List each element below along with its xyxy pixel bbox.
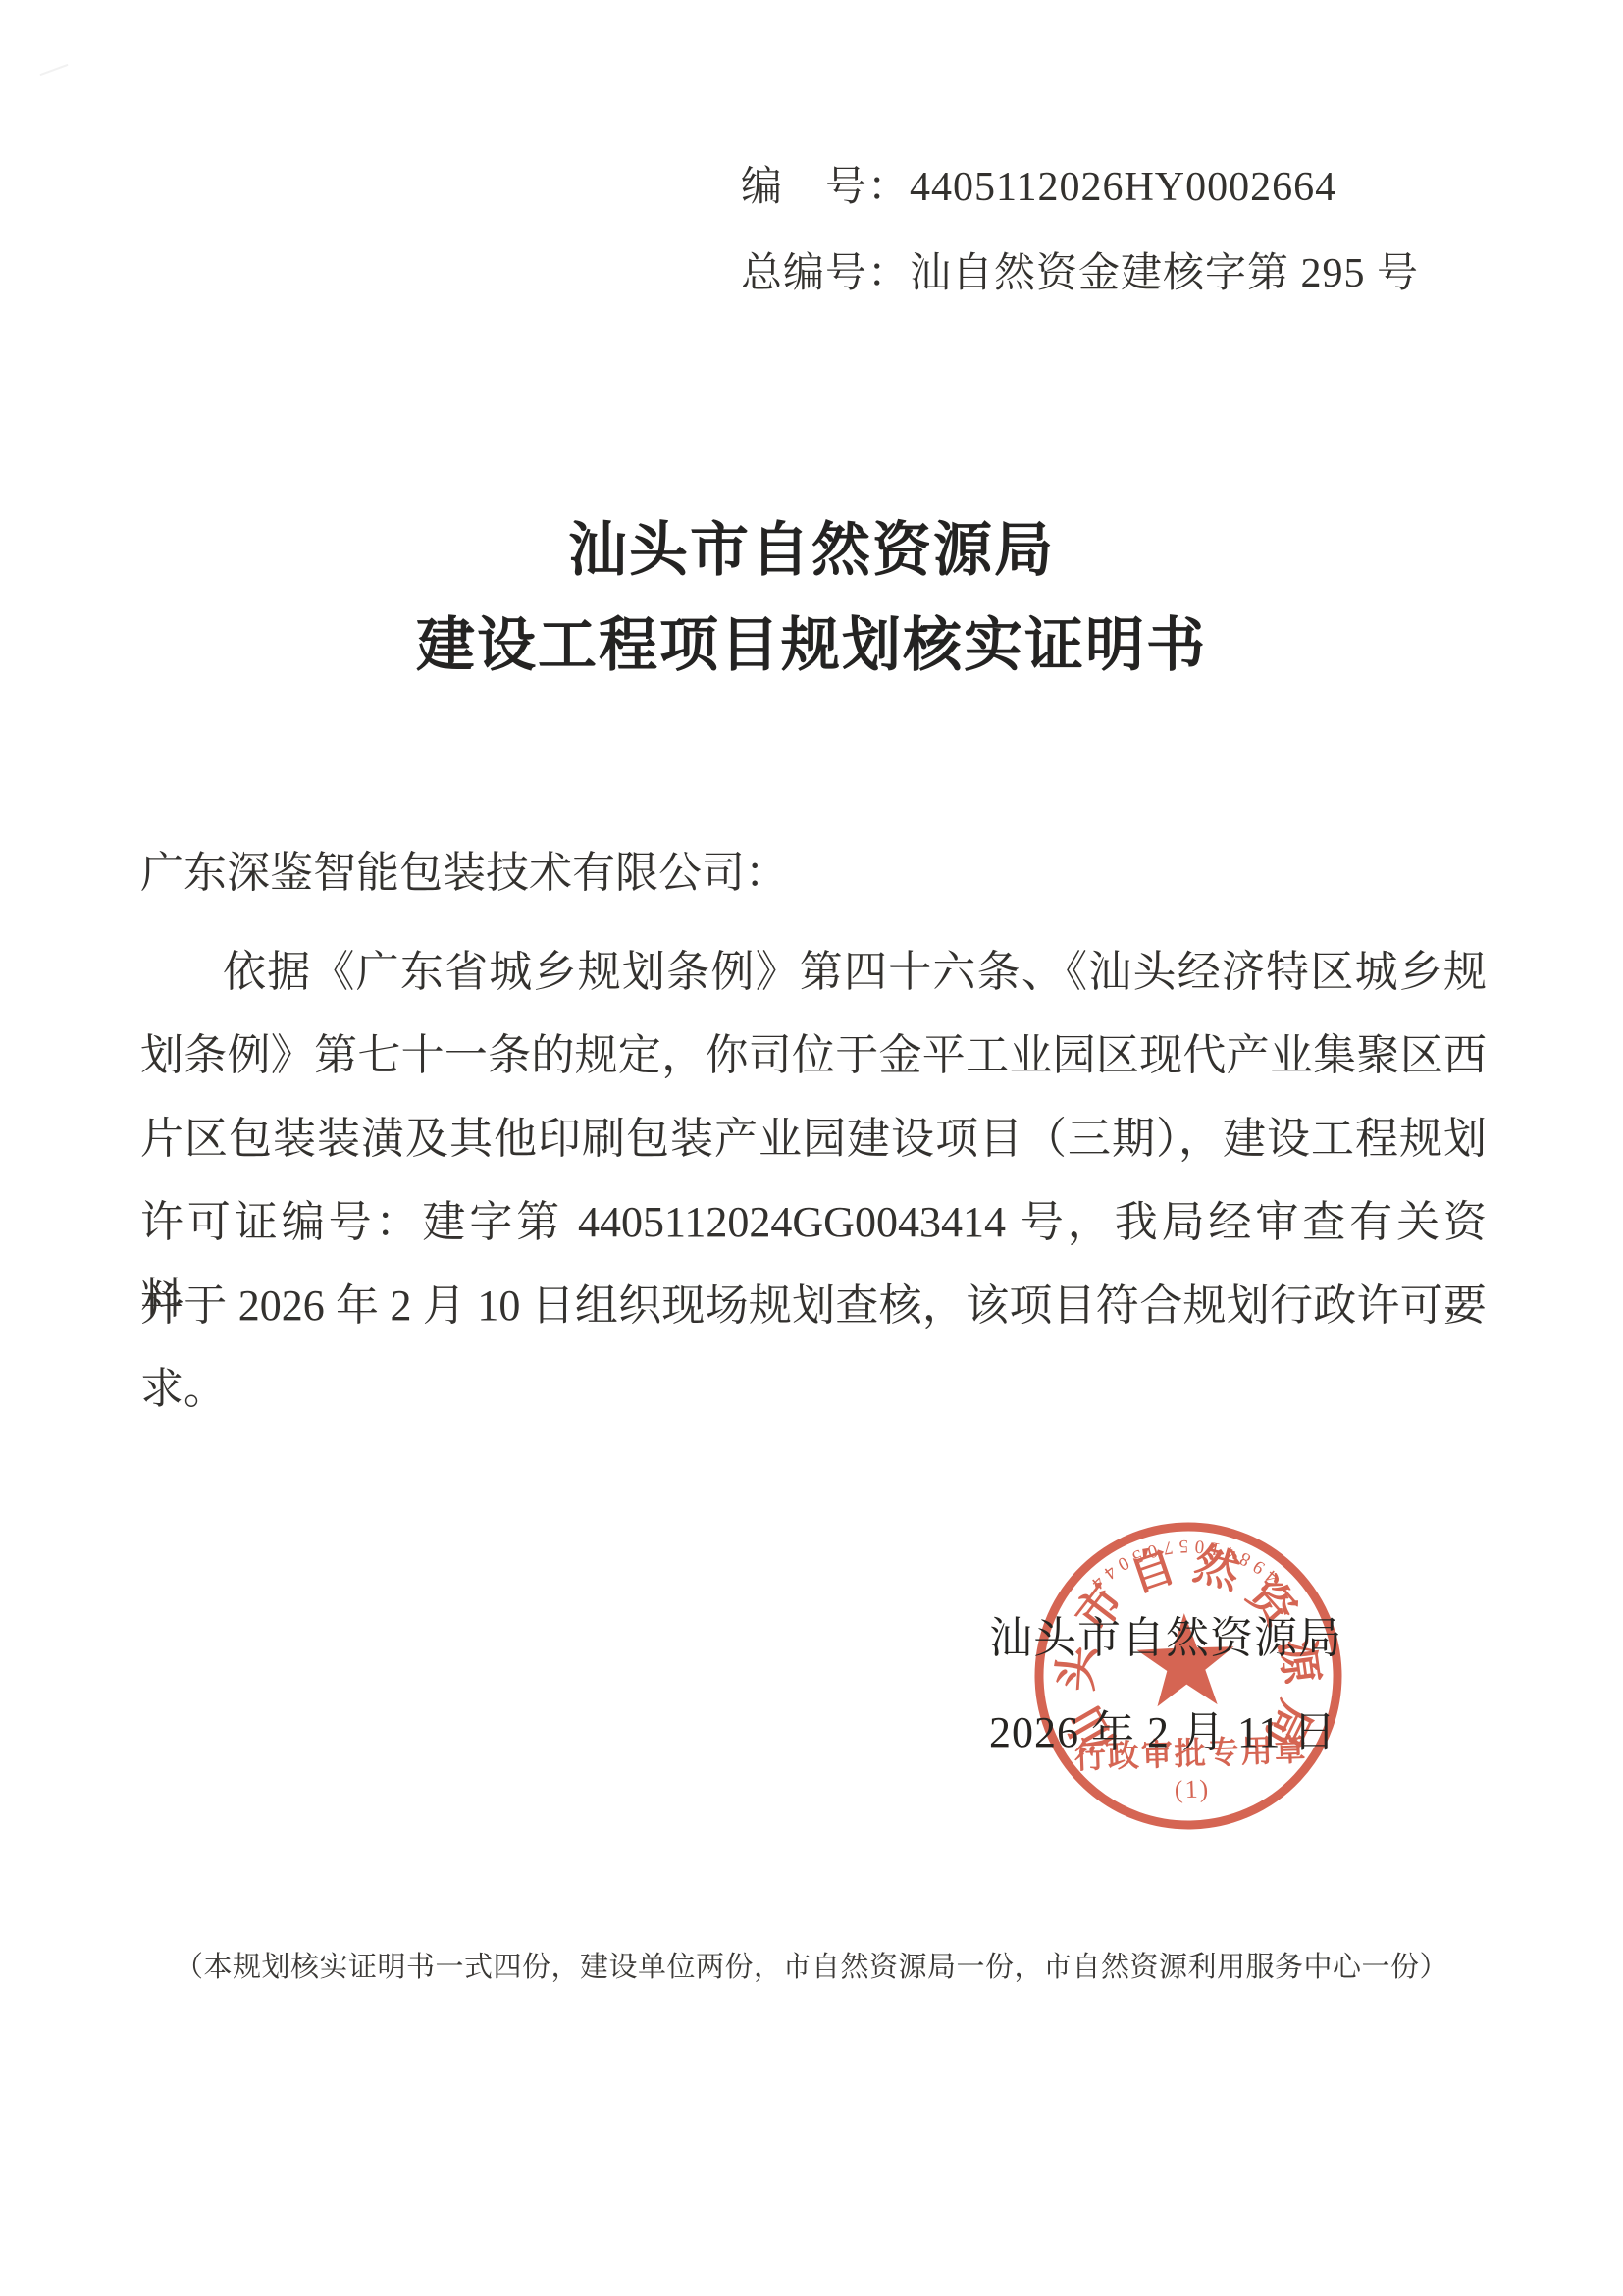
paragraph-line: 片区包装装潢及其他印刷包装产业园建设项目（三期），建设工程规划: [140, 1101, 1487, 1184]
document-title-line1: 汕头市自然资源局: [0, 502, 1623, 598]
paragraph-line: 并于 2026 年 2 月 10 日组织现场规划查核，该项目符合规划行政许可要: [140, 1268, 1487, 1351]
addressee-line: 广东深鉴智能包装技术有限公司：: [140, 848, 788, 899]
master-serial-value: 汕自然资金建核字第 295 号: [910, 251, 1419, 296]
document-title-line2: 建设工程项目规划核实证明书: [0, 598, 1623, 693]
document-title: 汕头市自然资源局 建设工程项目规划核实证明书: [0, 502, 1623, 693]
document-page: 编 号：4405112026HY0002664 总编号：汕自然资金建核字第 29…: [0, 0, 1623, 2296]
serial-number-value: 4405112026HY0002664: [910, 165, 1336, 210]
master-serial-line: 总编号：汕自然资金建核字第 295 号: [741, 251, 1419, 296]
signature-block: 汕头市自然资源局 2026 年 2 月 11 日: [989, 1615, 1342, 1756]
scan-artifact: [40, 64, 69, 76]
master-serial-label: 总编号：: [741, 251, 910, 296]
seal-number-char: 9: [1249, 1555, 1268, 1578]
main-paragraph: 依据《广东省城乡规划条例》第四十六条、《汕头经济特区城乡规 划条例》第七十一条的…: [140, 934, 1487, 1435]
paragraph-line: 许可证编号：建字第 4405112024GG0043414 号，我局经审查有关资…: [140, 1184, 1487, 1268]
signature-date: 2026 年 2 月 11 日: [989, 1709, 1342, 1756]
footer-distribution-note: （本规划核实证明书一式四份，建设单位两份，市自然资源局一份，市自然资源利用服务中…: [0, 1945, 1623, 1985]
paragraph-line: 依据《广东省城乡规划条例》第四十六条、《汕头经济特区城乡规: [140, 934, 1487, 1018]
seal-number-char: 0: [1194, 1536, 1205, 1557]
signature-issuer: 汕头市自然资源局: [989, 1615, 1342, 1662]
paragraph-line: 划条例》第七十一条的规定，你司位于金平工业园区现代产业集聚区西: [140, 1018, 1487, 1101]
serial-number-line: 编 号：4405112026HY0002664: [741, 165, 1419, 210]
header-codes: 编 号：4405112026HY0002664 总编号：汕自然资金建核字第 29…: [741, 165, 1419, 296]
serial-number-label: 编 号：: [741, 165, 910, 210]
seal-index-text: (1): [1174, 1774, 1210, 1803]
seal-number-char: 5: [1178, 1536, 1188, 1556]
paragraph-line: 求。: [140, 1351, 1487, 1435]
